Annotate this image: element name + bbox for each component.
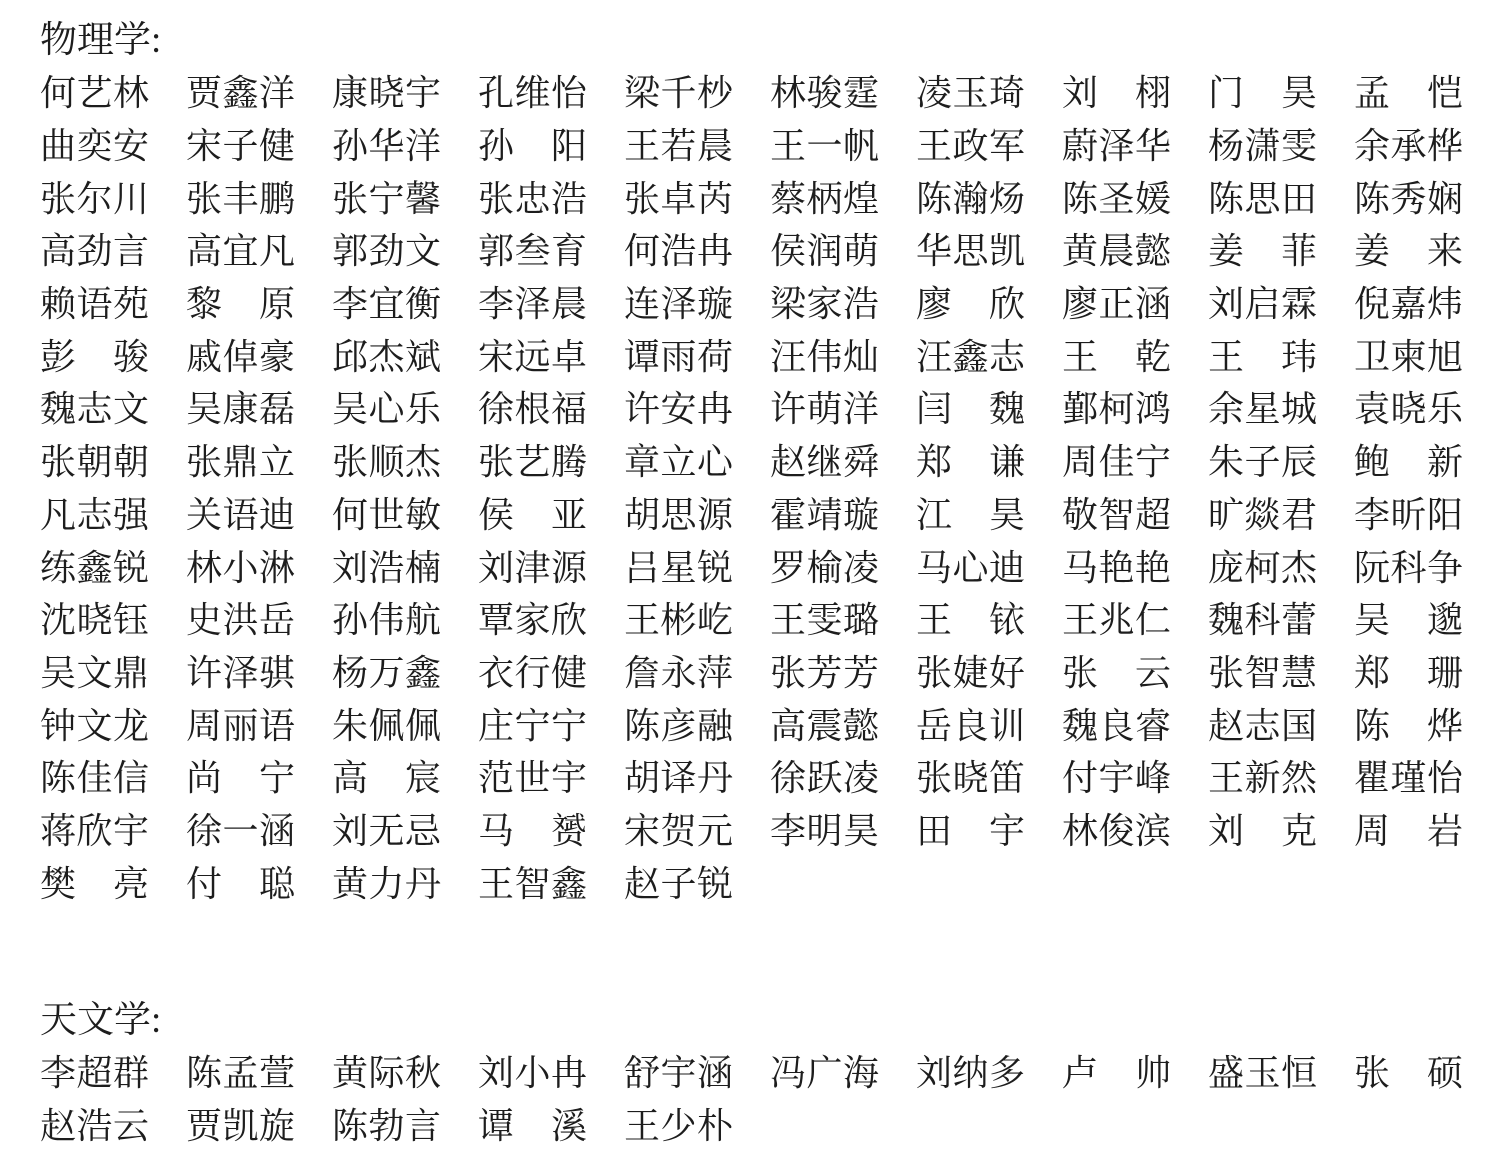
name-char: 尔 xyxy=(76,181,112,217)
name-item: 周佳宁 xyxy=(1062,444,1171,480)
name-char: 蒋 xyxy=(40,813,76,849)
name-item: 刘克 xyxy=(1208,813,1317,849)
name-char: 骏 xyxy=(806,75,842,111)
name-char: 刘 xyxy=(332,813,368,849)
name-char: 广 xyxy=(806,1055,842,1091)
name-char: 鑫 xyxy=(76,550,112,586)
name-char: 蕾 xyxy=(1281,602,1317,638)
name-char: 少 xyxy=(660,1108,696,1144)
name-item: 张顺杰 xyxy=(332,444,441,480)
name-char: 正 xyxy=(1098,286,1134,322)
name-char: 杰 xyxy=(1281,550,1317,586)
name-char: 浩 xyxy=(660,233,696,269)
name-char: 融 xyxy=(697,708,733,744)
name-item: 凌玉琦 xyxy=(916,75,1025,111)
name-char: 子 xyxy=(222,128,258,164)
name-char: 昊 xyxy=(1281,75,1317,111)
name-char: 志 xyxy=(76,391,112,427)
name-char: 懿 xyxy=(843,708,879,744)
name-char: 炜 xyxy=(1427,286,1463,322)
name-char: 秀 xyxy=(1390,181,1426,217)
name-char: 王 xyxy=(624,602,660,638)
name-char: 张 xyxy=(1208,655,1244,691)
name-char: 恺 xyxy=(1427,75,1463,111)
name-char: 宜 xyxy=(368,286,404,322)
name-char: 宇 xyxy=(989,813,1025,849)
name-char: 谦 xyxy=(989,444,1025,480)
name-char: 朴 xyxy=(697,1108,733,1144)
name-char: 艳 xyxy=(1098,550,1134,586)
name-char: 浩 xyxy=(76,1108,112,1144)
name-char: 袁 xyxy=(1354,391,1390,427)
name-char: 高 xyxy=(332,760,368,796)
name-item: 杨万鑫 xyxy=(332,655,441,691)
name-char: 智 xyxy=(1244,655,1280,691)
name-item: 张芳芳 xyxy=(770,655,879,691)
name-char: 志 xyxy=(76,497,112,533)
name-char: 姜 xyxy=(1354,233,1390,269)
name-char: 璇 xyxy=(697,286,733,322)
name-item: 汪鑫志 xyxy=(916,339,1025,375)
name-char: 伟 xyxy=(806,339,842,375)
name-char: 荷 xyxy=(697,339,733,375)
name-item: 徐根福 xyxy=(478,391,587,427)
name-item: 孙阳 xyxy=(478,128,587,164)
name-char: 吴 xyxy=(40,655,76,691)
name-char: 阳 xyxy=(551,128,587,164)
name-char: 周 xyxy=(186,708,222,744)
name-char: 胡 xyxy=(624,760,660,796)
name-item: 鲍新 xyxy=(1354,444,1463,480)
name-char: 鄞 xyxy=(1062,391,1098,427)
name-char: 付 xyxy=(1062,760,1098,796)
name-char: 润 xyxy=(806,233,842,269)
name-char: 锐 xyxy=(697,866,733,902)
name-char: 廖 xyxy=(916,286,952,322)
name-char: 乾 xyxy=(1135,339,1171,375)
name-char: 源 xyxy=(697,497,733,533)
name-char: 言 xyxy=(113,233,149,269)
name-char: 兆 xyxy=(1098,602,1134,638)
name-char: 仁 xyxy=(1135,602,1171,638)
name-char: 无 xyxy=(368,813,404,849)
name-char: 鑫 xyxy=(222,75,258,111)
name-char: 智 xyxy=(1098,497,1134,533)
name-char: 许 xyxy=(770,391,806,427)
name-char: 帅 xyxy=(1135,1055,1171,1091)
name-char: 何 xyxy=(624,233,660,269)
name-char: 思 xyxy=(952,233,988,269)
name-item: 李超群 xyxy=(40,1055,149,1091)
name-char: 滨 xyxy=(1135,813,1171,849)
name-item: 范世宇 xyxy=(478,760,587,796)
name-char: 科 xyxy=(1390,550,1426,586)
name-char: 语 xyxy=(76,286,112,322)
name-item: 郑谦 xyxy=(916,444,1025,480)
name-item: 王少朴 xyxy=(624,1108,733,1144)
name-char: 陈 xyxy=(332,1108,368,1144)
name-char: 晨 xyxy=(1098,233,1134,269)
name-char: 磊 xyxy=(259,391,295,427)
name-char: 硕 xyxy=(1427,1055,1463,1091)
name-char: 练 xyxy=(40,550,76,586)
name-char: 涵 xyxy=(697,1055,733,1091)
name-item: 谭溪 xyxy=(478,1108,587,1144)
name-char: 陈 xyxy=(1208,181,1244,217)
name-char: 旋 xyxy=(259,1108,295,1144)
name-char: 梁 xyxy=(770,286,806,322)
name-char: 杨 xyxy=(1208,128,1244,164)
name-char: 劲 xyxy=(368,233,404,269)
name-item: 练鑫锐 xyxy=(40,550,149,586)
name-char: 关 xyxy=(186,497,222,533)
name-item: 张忠浩 xyxy=(478,181,587,217)
name-char: 宁 xyxy=(1135,444,1171,480)
name-char: 张 xyxy=(40,444,76,480)
name-char: 霖 xyxy=(1281,286,1317,322)
name-char: 凯 xyxy=(222,1108,258,1144)
name-char: 史 xyxy=(186,602,222,638)
name-char: 远 xyxy=(514,339,550,375)
name-char: 丹 xyxy=(405,866,441,902)
name-char: 霍 xyxy=(770,497,806,533)
name-char: 萌 xyxy=(806,391,842,427)
name-item: 陈烨 xyxy=(1354,708,1463,744)
name-item: 姜来 xyxy=(1354,233,1463,269)
name-item: 吴邈 xyxy=(1354,602,1463,638)
name-char: 李 xyxy=(1354,497,1390,533)
name-char: 文 xyxy=(76,708,112,744)
name-char: 杪 xyxy=(697,75,733,111)
name-char: 谭 xyxy=(478,1108,514,1144)
name-char: 侯 xyxy=(770,233,806,269)
name-item: 倪嘉炜 xyxy=(1354,286,1463,322)
name-char: 尚 xyxy=(186,760,222,796)
name-char: 凌 xyxy=(843,760,879,796)
name-char: 孟 xyxy=(1354,75,1390,111)
name-item: 张卓芮 xyxy=(624,181,733,217)
name-char: 周 xyxy=(1062,444,1098,480)
name-char: 宇 xyxy=(113,813,149,849)
name-item: 刘无忌 xyxy=(332,813,441,849)
name-char: 田 xyxy=(916,813,952,849)
name-char: 腾 xyxy=(551,444,587,480)
name-char: 彬 xyxy=(660,602,696,638)
name-item: 章立心 xyxy=(624,444,733,480)
name-char: 宸 xyxy=(405,760,441,796)
name-item: 何艺林 xyxy=(40,75,149,111)
name-char: 柯 xyxy=(1098,391,1134,427)
name-item: 蔡柄煌 xyxy=(770,181,879,217)
name-item: 瞿瑾怡 xyxy=(1354,760,1463,796)
name-row: 陈佳信尚宁高宸范世宇胡译丹徐跃凌张晓笛付宇峰王新然瞿瑾怡 xyxy=(40,752,1458,805)
name-item: 吴文鼎 xyxy=(40,655,149,691)
name-char: 震 xyxy=(806,708,842,744)
name-char: 林 xyxy=(113,75,149,111)
name-item: 王乾 xyxy=(1062,339,1171,375)
name-char: 新 xyxy=(1244,760,1280,796)
name-char: 家 xyxy=(514,602,550,638)
name-char: 泽 xyxy=(222,655,258,691)
name-char: 柯 xyxy=(1244,550,1280,586)
name-char: 丰 xyxy=(222,181,258,217)
name-char: 懿 xyxy=(1135,233,1171,269)
name-item: 康晓宇 xyxy=(332,75,441,111)
name-char: 育 xyxy=(551,233,587,269)
name-char: 黎 xyxy=(186,286,222,322)
name-char: 豪 xyxy=(259,339,295,375)
name-item: 孙伟航 xyxy=(332,602,441,638)
section-physics: 物理学:何艺林贾鑫洋康晓宇孔维怡梁千杪林骏霆凌玉琦刘栩门昊孟恺曲奕安宋子健孙华洋… xyxy=(40,14,1458,910)
name-item: 张艺腾 xyxy=(478,444,587,480)
name-char: 瞿 xyxy=(1354,760,1390,796)
name-char: 连 xyxy=(624,286,660,322)
name-item: 黄晨懿 xyxy=(1062,233,1171,269)
name-char: 杰 xyxy=(368,339,404,375)
name-char: 志 xyxy=(1244,708,1280,744)
name-char: 徐 xyxy=(770,760,806,796)
name-char: 雨 xyxy=(660,339,696,375)
name-row: 张尔川张丰鹏张宁馨张忠浩张卓芮蔡柄煌陈瀚炀陈圣媛陈思田陈秀娴 xyxy=(40,172,1458,225)
name-char: 魏 xyxy=(1062,708,1098,744)
name-char: 争 xyxy=(1427,550,1463,586)
name-char: 佳 xyxy=(76,760,112,796)
name-char: 晓 xyxy=(1390,391,1426,427)
name-char: 帆 xyxy=(843,128,879,164)
name-item: 郭劲文 xyxy=(332,233,441,269)
section-title: 天文学: xyxy=(40,994,1458,1047)
name-char: 张 xyxy=(40,181,76,217)
name-char: 忠 xyxy=(514,181,550,217)
name-item: 朱佩佩 xyxy=(332,708,441,744)
name-char: 郭 xyxy=(332,233,368,269)
name-char: 付 xyxy=(186,866,222,902)
name-char: 娴 xyxy=(1427,181,1463,217)
name-row: 魏志文吴康磊吴心乐徐根福许安冉许萌洋闫魏鄞柯鸿余星城袁晓乐 xyxy=(40,383,1458,436)
name-item: 覃家欣 xyxy=(478,602,587,638)
name-char: 宇 xyxy=(551,760,587,796)
name-char: 群 xyxy=(113,1055,149,1091)
name-char: 浩 xyxy=(843,286,879,322)
name-item: 岳良训 xyxy=(916,708,1025,744)
name-char: 泽 xyxy=(514,286,550,322)
name-char: 倬 xyxy=(222,339,258,375)
name-char: 冉 xyxy=(697,391,733,427)
name-char: 苑 xyxy=(113,286,149,322)
name-char: 宇 xyxy=(405,75,441,111)
name-char: 蔡 xyxy=(770,181,806,217)
name-char: 良 xyxy=(1098,708,1134,744)
name-item: 赖语苑 xyxy=(40,286,149,322)
name-char: 慧 xyxy=(1281,655,1317,691)
name-row: 曲奕安宋子健孙华洋孙阳王若晨王一帆王政军蔚泽华杨潇雯余承桦 xyxy=(40,120,1458,173)
name-char: 林 xyxy=(1062,813,1098,849)
name-char: 张 xyxy=(916,655,952,691)
name-char: 佳 xyxy=(1098,444,1134,480)
name-char: 航 xyxy=(405,602,441,638)
name-char: 乐 xyxy=(405,391,441,427)
name-item: 李泽晨 xyxy=(478,286,587,322)
name-char: 军 xyxy=(989,128,1025,164)
name-char: 黄 xyxy=(1062,233,1098,269)
name-char: 文 xyxy=(76,655,112,691)
name-char: 赵 xyxy=(770,444,806,480)
name-char: 睿 xyxy=(1135,708,1171,744)
name-char: 秋 xyxy=(405,1055,441,1091)
name-char: 浩 xyxy=(551,181,587,217)
name-char: 魏 xyxy=(989,391,1025,427)
name-char: 超 xyxy=(1135,497,1171,533)
name-item: 廖正涵 xyxy=(1062,286,1171,322)
name-item: 赵子锐 xyxy=(624,866,733,902)
name-char: 冯 xyxy=(770,1055,806,1091)
name-char: 赵 xyxy=(1208,708,1244,744)
name-char: 奕 xyxy=(76,128,112,164)
page: 物理学:何艺林贾鑫洋康晓宇孔维怡梁千杪林骏霆凌玉琦刘栩门昊孟恺曲奕安宋子健孙华洋… xyxy=(0,0,1498,1167)
name-char: 刘 xyxy=(916,1055,952,1091)
name-item: 黎原 xyxy=(186,286,295,322)
name-char: 王 xyxy=(1062,339,1098,375)
name-char: 泽 xyxy=(660,286,696,322)
name-char: 萍 xyxy=(697,655,733,691)
name-char: 屹 xyxy=(697,602,733,638)
name-row: 何艺林贾鑫洋康晓宇孔维怡梁千杪林骏霆凌玉琦刘栩门昊孟恺 xyxy=(40,67,1458,120)
name-char: 敬 xyxy=(1062,497,1098,533)
name-char: 张 xyxy=(478,444,514,480)
name-char: 魏 xyxy=(1208,602,1244,638)
name-char: 卓 xyxy=(551,339,587,375)
name-char: 舒 xyxy=(624,1055,660,1091)
name-char: 健 xyxy=(551,655,587,691)
name-char: 马 xyxy=(916,550,952,586)
name-item: 胡思源 xyxy=(624,497,733,533)
name-char: 刘 xyxy=(332,550,368,586)
name-item: 敬智超 xyxy=(1062,497,1171,533)
name-char: 小 xyxy=(222,550,258,586)
name-item: 黄力丹 xyxy=(332,866,441,902)
name-char: 陈 xyxy=(1354,708,1390,744)
name-char: 炀 xyxy=(989,181,1025,217)
name-char: 陈 xyxy=(916,181,952,217)
name-item: 李宜衡 xyxy=(332,286,441,322)
name-item: 贾凯旋 xyxy=(186,1108,295,1144)
section-title: 物理学: xyxy=(40,14,1458,67)
name-char: 溪 xyxy=(551,1108,587,1144)
name-char: 迪 xyxy=(989,550,1025,586)
name-item: 张丰鹏 xyxy=(186,181,295,217)
name-char: 朱 xyxy=(1208,444,1244,480)
name-item: 曲奕安 xyxy=(40,128,149,164)
name-char: 世 xyxy=(368,497,404,533)
name-item: 孙华洋 xyxy=(332,128,441,164)
name-char: 艳 xyxy=(1135,550,1171,586)
name-char: 欣 xyxy=(76,813,112,849)
name-char: 李 xyxy=(40,1055,76,1091)
name-char: 冉 xyxy=(697,233,733,269)
name-char: 孔 xyxy=(478,75,514,111)
name-char: 许 xyxy=(186,655,222,691)
name-row: 吴文鼎许泽骐杨万鑫衣行健詹永萍张芳芳张婕好张云张智慧郑珊 xyxy=(40,647,1458,700)
name-char: 萌 xyxy=(843,233,879,269)
name-item: 钟文龙 xyxy=(40,708,149,744)
name-char: 骏 xyxy=(113,339,149,375)
name-char: 旷 xyxy=(1208,497,1244,533)
name-item: 马赟 xyxy=(478,813,587,849)
name-char: 钟 xyxy=(40,708,76,744)
name-char: 文 xyxy=(405,233,441,269)
name-char: 洋 xyxy=(843,391,879,427)
name-char: 郑 xyxy=(916,444,952,480)
name-char: 田 xyxy=(1281,181,1317,217)
name-char: 谭 xyxy=(624,339,660,375)
name-char: 闫 xyxy=(916,391,952,427)
name-char: 芳 xyxy=(843,655,879,691)
name-char: 立 xyxy=(259,444,295,480)
name-item: 杨潇雯 xyxy=(1208,128,1317,164)
name-item: 庞柯杰 xyxy=(1208,550,1317,586)
name-char: 克 xyxy=(1281,813,1317,849)
name-char: 宜 xyxy=(222,233,258,269)
name-char: 迪 xyxy=(259,497,295,533)
name-item: 胡译丹 xyxy=(624,760,733,796)
name-char: 孙 xyxy=(478,128,514,164)
name-char: 柬 xyxy=(1390,339,1426,375)
name-item: 赵浩云 xyxy=(40,1108,149,1144)
name-char: 鸿 xyxy=(1135,391,1171,427)
name-char: 思 xyxy=(660,497,696,533)
name-char: 瀚 xyxy=(952,181,988,217)
name-char: 桦 xyxy=(1427,128,1463,164)
name-char: 李 xyxy=(770,813,806,849)
name-item: 刘启霖 xyxy=(1208,286,1317,322)
name-char: 马 xyxy=(1062,550,1098,586)
name-item: 张朝朝 xyxy=(40,444,149,480)
name-char: 伟 xyxy=(368,602,404,638)
name-item: 陈秀娴 xyxy=(1354,181,1463,217)
name-item: 袁晓乐 xyxy=(1354,391,1463,427)
name-char: 余 xyxy=(1208,391,1244,427)
name-item: 门昊 xyxy=(1208,75,1317,111)
name-item: 马心迪 xyxy=(916,550,1025,586)
name-char: 晓 xyxy=(368,75,404,111)
name-char: 张 xyxy=(478,181,514,217)
name-char: 宋 xyxy=(624,813,660,849)
name-char: 黄 xyxy=(332,1055,368,1091)
name-char: 鑫 xyxy=(405,655,441,691)
name-item: 林俊滨 xyxy=(1062,813,1171,849)
name-char: 世 xyxy=(514,760,550,796)
name-row: 凡志强关语迪何世敏侯亚胡思源霍靖璇江昊敬智超旷燚君李昕阳 xyxy=(40,489,1458,542)
name-char: 云 xyxy=(113,1108,149,1144)
name-item: 姜菲 xyxy=(1208,233,1317,269)
name-char: 玉 xyxy=(1244,1055,1280,1091)
name-char: 贺 xyxy=(660,813,696,849)
name-char: 锐 xyxy=(697,550,733,586)
name-char: 峰 xyxy=(1135,760,1171,796)
name-item: 张婕好 xyxy=(916,655,1025,691)
name-char: 廖 xyxy=(1062,286,1098,322)
name-char: 雯 xyxy=(1281,128,1317,164)
name-char: 来 xyxy=(1427,233,1463,269)
name-item: 罗榆凌 xyxy=(770,550,879,586)
name-char: 聪 xyxy=(259,866,295,902)
name-item: 朱子辰 xyxy=(1208,444,1317,480)
name-char: 张 xyxy=(1062,655,1098,691)
name-char: 圣 xyxy=(1098,181,1134,217)
name-item: 彭骏 xyxy=(40,339,149,375)
name-char: 欣 xyxy=(551,602,587,638)
name-item: 王兆仁 xyxy=(1062,602,1171,638)
